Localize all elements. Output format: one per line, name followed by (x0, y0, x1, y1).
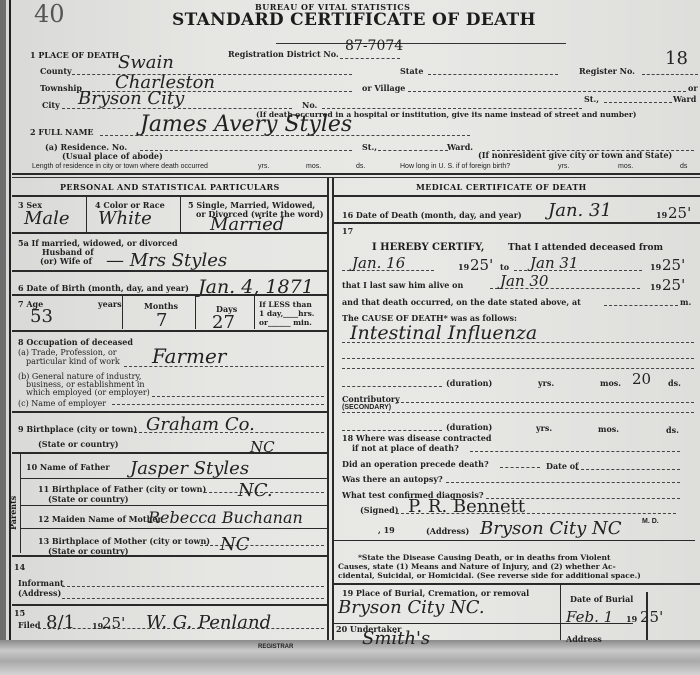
contributory-line-2 (342, 412, 694, 413)
occurred-line (604, 305, 678, 306)
dob-label: 6 Date of Birth (month, day, and year) (18, 283, 189, 293)
residence-st-label: St., (362, 142, 377, 152)
row-divider-11 (20, 505, 327, 506)
race-value: White (98, 208, 152, 229)
less-label-3: or______ min. (259, 318, 312, 327)
contracted-label-1: 18 Where was disease contracted (342, 433, 491, 443)
row-divider-8 (12, 411, 327, 413)
operation-date-label: Date of (546, 461, 578, 471)
date-death-label: 16 Date of Death (month, day, and year) (342, 210, 522, 220)
age-months-value: 7 (156, 310, 167, 331)
age-years-label: years (98, 299, 122, 309)
contributory-line (396, 402, 694, 403)
trade-value: Farmer (152, 344, 226, 368)
city-ward-label: Ward (673, 94, 696, 104)
mother-value: Rebecca Buchanan (148, 508, 303, 527)
personal-section-title: PERSONAL AND STATISTICAL PARTICULARS (60, 182, 280, 192)
trade-label-1: (a) Trade, Profession, or (18, 348, 117, 357)
signed-value: P. R. Bennett (408, 496, 525, 517)
county-value: Swain (118, 52, 174, 73)
residence-line (140, 150, 352, 151)
length-residence-label: Length of residence in city or town wher… (32, 163, 208, 170)
filed-number: 15 (14, 608, 25, 618)
contracted-label-2: if not at place of death? (352, 443, 459, 453)
cause-line-2 (342, 358, 694, 359)
duration-1-mos: mos. (600, 378, 621, 388)
residence-sub: (Usual place of abode) (62, 151, 163, 161)
employer-label: (c) Name of employer (18, 399, 106, 408)
row-divider-6 (12, 294, 327, 296)
filed-year: 25' (102, 614, 125, 632)
father-label: 10 Name of Father (26, 462, 110, 472)
city-value: Bryson City (78, 88, 184, 109)
less-label-2: 1 day,____hrs. (259, 309, 314, 318)
registration-district-value: 87-7074 (345, 38, 403, 54)
bottom-page-edge (0, 640, 700, 675)
row-divider-9 (12, 452, 327, 454)
city-no-label: No. (302, 100, 317, 110)
attended-from-19: 19 (458, 262, 469, 272)
certificate-title: STANDARD CERTIFICATE OF DEATH (172, 10, 536, 30)
mother-birth-value: NC (220, 534, 250, 555)
undertaker-value: Smith's (362, 628, 430, 649)
certify-rest: That I attended deceased from (508, 243, 663, 253)
signed-label: (Signed) (360, 505, 398, 515)
duration-1-yrs: yrs. (538, 378, 554, 388)
age-years-value: 53 (30, 306, 53, 327)
certify-lead: I HEREBY CERTIFY, (372, 242, 484, 253)
burial-divider (333, 583, 700, 585)
occurred-label: and that death occurred, on the date sta… (342, 297, 581, 307)
employer-line (112, 404, 324, 405)
last-saw-value: Jan 30 (500, 272, 548, 290)
duration-2-label: (duration) (446, 422, 492, 432)
left-border-line (9, 0, 11, 640)
township-label: Township (40, 83, 82, 93)
date-death-19: 19 (656, 210, 667, 220)
age-divider-3 (254, 295, 255, 329)
title-rule (276, 43, 566, 44)
medical-section-title: MEDICAL CERTIFICATE OF DEATH (416, 182, 587, 192)
date-death-year: 25' (668, 204, 691, 222)
undertaker-address-label: Address (566, 634, 602, 644)
race-marital-divider (180, 196, 181, 232)
row-divider-13 (12, 555, 327, 557)
industry-label-3: which employed (or employer) (26, 388, 150, 397)
burial-year: 25' (640, 608, 663, 626)
footnote-3: cidental, Suicidal, or Homicidal. (See r… (338, 571, 641, 580)
residence-ward-line (378, 150, 448, 151)
state-label: State (400, 66, 423, 76)
row-divider-10 (20, 478, 327, 479)
burial-date-label: Date of Burial (570, 594, 633, 604)
last-saw-label: that I last saw him alive on (342, 280, 463, 290)
duration-1-ds: ds. (668, 378, 681, 388)
duration-1-days: 20 (632, 370, 651, 388)
to-label: to (500, 262, 509, 272)
industry-line (152, 396, 324, 397)
autopsy-label: Was there an autopsy? (342, 474, 443, 484)
occurred-m-label: m. (680, 297, 691, 307)
age-divider-2 (195, 295, 196, 329)
duration-2-mos: mos. (598, 424, 619, 434)
spouse-label-3: (or) Wife of (40, 256, 92, 266)
autopsy-line (446, 482, 680, 483)
register-no-label: Register No. (579, 66, 635, 76)
attended-to-year: 25' (662, 256, 685, 274)
register-no-value: 18 (665, 48, 688, 69)
operation-line (500, 467, 540, 468)
operation-date-line (576, 469, 680, 470)
address-rule (333, 540, 695, 541)
operation-label: Did an operation precede death? (342, 459, 489, 469)
contracted-line (470, 451, 680, 452)
mother-label: 12 Maiden Name of Mother (38, 514, 162, 524)
father-birth-label: 11 Birthplace of Father (city or town) (38, 484, 206, 494)
birthplace-sub: (State or country) (38, 439, 119, 449)
duration-2-yrs: yrs. (536, 423, 552, 433)
address-value: Bryson City NC (480, 518, 622, 539)
spouse-value: — Mrs Styles (106, 250, 227, 271)
mother-birth-label: 13 Birthplace of Mother (city or town) (38, 536, 210, 546)
register-no-line (642, 74, 698, 75)
sex-value: Male (24, 208, 70, 229)
informant-address-label: (Address) (18, 588, 61, 598)
footnote-1: *State the Disease Causing Death, or in … (358, 553, 610, 562)
attended-from-year: 25' (470, 256, 493, 274)
burial-date-divider (560, 584, 561, 640)
personal-divider (12, 195, 327, 197)
header-divider-2 (12, 177, 700, 178)
state-line (428, 74, 558, 75)
cause-value: Intestinal Influenza (350, 322, 537, 344)
date-death-value: Jan. 31 (548, 200, 612, 221)
foreign-ds: ds (680, 163, 687, 170)
registration-district-label: Registration District No. (228, 49, 339, 59)
foreign-birth-label: How long in U. S. if of foreign birth? (400, 163, 510, 170)
foreign-mos: mos. (618, 163, 633, 170)
burial-value: Bryson City NC. (338, 597, 485, 618)
item-17-number: 17 (342, 226, 353, 236)
header-divider-1 (12, 173, 700, 175)
informant-line (62, 586, 324, 587)
foreign-yrs: yrs. (558, 163, 569, 170)
mother-birth-line (200, 545, 324, 546)
trade-label-2: particular kind of work (26, 357, 120, 366)
attended-to: Jan 31 (530, 254, 578, 272)
address-19: , 19 (378, 525, 395, 535)
duration-2-lead (342, 430, 442, 431)
address-label: (Address) (426, 526, 469, 536)
attended-from: Jan. 16 (352, 254, 405, 272)
county-label: County (40, 66, 72, 76)
length-ds: ds. (356, 163, 365, 170)
page-number: 40 (34, 0, 65, 28)
nonresident-note: (If nonresident give city or town and St… (478, 150, 672, 160)
registrar-label: REGISTRAR (258, 644, 293, 650)
filed-date: 8/1 (46, 612, 75, 633)
city-no-line (322, 108, 582, 109)
contributory-label: Contributory (342, 394, 400, 404)
place-of-death-label: 1 PLACE OF DEATH (30, 50, 119, 60)
age-divider-1 (122, 295, 123, 329)
medical-divider (333, 195, 700, 197)
column-divider-1 (327, 178, 329, 640)
parents-bracket-line (20, 453, 21, 553)
parents-label: Parents (8, 496, 18, 530)
birthplace-value: Graham Co. (146, 414, 255, 435)
row-divider-7 (12, 330, 327, 332)
city-label: City (42, 100, 60, 110)
informant-label: Informant (18, 578, 64, 588)
secondary-label: (SECONDARY) (342, 404, 391, 411)
city-ward-line (604, 102, 672, 103)
footnote-2: Causes, state (1) Means and Nature of In… (338, 562, 616, 571)
sex-race-divider (86, 196, 87, 232)
duration-1-label: (duration) (446, 378, 492, 388)
row-divider-5a (12, 270, 327, 272)
cause-line-1 (342, 342, 694, 343)
duration-2-ds: ds. (666, 425, 679, 435)
registration-district-line (340, 58, 400, 59)
father-birth-value: NC. (238, 480, 273, 501)
birthplace-label: 9 Birthplace (city or town) (18, 424, 137, 434)
city-st-label: St., (584, 94, 599, 104)
row-divider-16 (333, 222, 700, 224)
father-birth-sub: (State or country) (48, 494, 129, 504)
or-label: or (688, 83, 698, 93)
occupation-label: 8 Occupation of deceased (18, 337, 133, 347)
length-mos: mos. (306, 163, 321, 170)
father-value: Jasper Styles (130, 458, 249, 479)
informant-number: 14 (14, 562, 25, 572)
village-label: or Village (362, 83, 405, 93)
row-divider-3 (12, 232, 327, 234)
row-divider-14 (12, 604, 327, 606)
duration-1-lead (342, 386, 442, 387)
village-line (408, 91, 686, 92)
registrar-signature: W. G. Penland (146, 612, 271, 633)
residence-ward-label: Ward. (447, 142, 473, 152)
last-saw-year: 25' (662, 276, 685, 294)
less-label-1: If LESS than (259, 300, 312, 309)
full-name-value: James Avery Styles (140, 112, 352, 137)
length-yrs: yrs. (258, 163, 269, 170)
cause-line-3 (342, 368, 694, 369)
md-label: M. D. (642, 518, 659, 525)
attended-to-19: 19 (650, 262, 661, 272)
full-name-label: 2 FULL NAME (30, 127, 94, 137)
row-divider-12 (20, 528, 327, 529)
last-saw-19: 19 (650, 282, 661, 292)
informant-address-line (62, 598, 324, 599)
right-border-line (646, 592, 648, 640)
column-divider-2 (332, 178, 334, 640)
